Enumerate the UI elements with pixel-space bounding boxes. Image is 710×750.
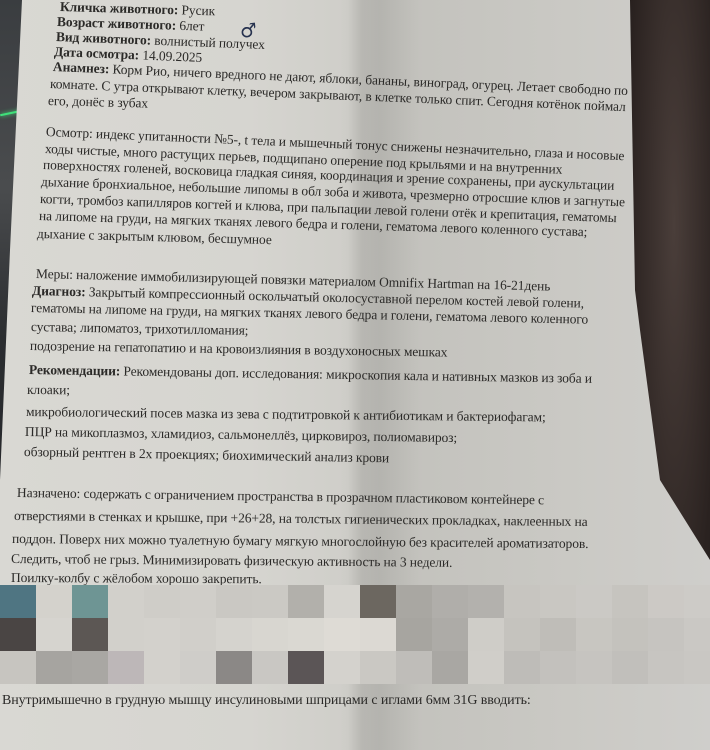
redaction-pixel xyxy=(324,585,360,618)
redaction-pixel xyxy=(252,585,288,618)
redaction-pixel xyxy=(468,651,504,684)
redaction-pixel xyxy=(216,585,252,618)
redaction-pixel xyxy=(288,651,324,684)
redaction-pixel xyxy=(72,651,108,684)
redaction-pixel xyxy=(540,585,576,618)
redaction-pixel xyxy=(360,651,396,684)
redaction-pixel xyxy=(144,585,180,618)
recommendations-line-3: микробиологический посев мазка из зева с… xyxy=(26,404,546,424)
anamnesis-line-3: его, донёс в зубах xyxy=(48,93,148,111)
prescribed-line-5: Поилку-колбу с жёлобом хорошо закрепить. xyxy=(11,570,262,586)
redaction-pixel xyxy=(180,585,216,618)
redaction-pixel xyxy=(648,585,684,618)
redaction-pixel xyxy=(108,585,144,618)
redaction-pixel xyxy=(432,651,468,684)
redaction-pixel xyxy=(252,651,288,684)
redaction-pixel xyxy=(396,618,432,651)
redaction-pixel xyxy=(540,651,576,684)
diagnosis-line-4: подозрение на гепатопатию и на кровоизли… xyxy=(30,338,448,360)
redaction-pixel xyxy=(432,618,468,651)
redaction-pixel xyxy=(396,651,432,684)
prescribed-line-4: Следить, чтоб не грыз. Минимизировать фи… xyxy=(11,551,452,570)
redaction-pixel xyxy=(684,618,710,651)
recommendations-line-4: ПЦР на микоплазмоз, хламидиоз, сальмонел… xyxy=(25,424,457,445)
redaction-pixel xyxy=(72,618,108,651)
redaction-pixel xyxy=(576,618,612,651)
redaction-pixel xyxy=(612,585,648,618)
redaction-pixel xyxy=(612,618,648,651)
redaction-pixel xyxy=(684,585,710,618)
redaction-pixel xyxy=(396,585,432,618)
redaction-pixel xyxy=(72,585,108,618)
pet-age-value: 6лет xyxy=(179,18,204,34)
redaction-pixel xyxy=(648,618,684,651)
recommendations-label: Рекомендации: xyxy=(29,362,120,378)
redaction-pixel xyxy=(144,651,180,684)
redaction-pixel xyxy=(612,651,648,684)
prescribed-line-3: поддон. Поверх них можно туалетную бумаг… xyxy=(12,531,589,551)
pixelated-redaction xyxy=(0,585,710,695)
recommendations-line-2: клоаки; xyxy=(27,382,70,397)
redaction-pixel xyxy=(324,651,360,684)
redaction-pixel xyxy=(576,651,612,684)
redaction-pixel xyxy=(504,585,540,618)
redaction-pixel xyxy=(468,585,504,618)
exam-line-7: дыхание с закрытым клювом, бесшумное xyxy=(37,226,272,247)
redaction-pixel xyxy=(180,651,216,684)
recommendations-line-1: Рекомендации: Рекомендованы доп. исследо… xyxy=(29,362,592,386)
redaction-pixel xyxy=(468,618,504,651)
redaction-pixel xyxy=(0,585,36,618)
recommendations-line-5: обзорный рентген в 2х проекциях; биохими… xyxy=(24,444,389,465)
diagnosis-label: Диагноз: xyxy=(32,283,86,299)
diagnosis-line-3: сустава; липоматоз, трихотилломания; xyxy=(31,319,249,338)
redaction-pixel xyxy=(288,585,324,618)
redaction-pixel xyxy=(432,585,468,618)
redaction-pixel xyxy=(684,651,710,684)
anamnesis-label: Анамнез: xyxy=(53,59,110,76)
redaction-pixel xyxy=(576,585,612,618)
recommendations-text-1: Рекомендованы доп. исследования: микроск… xyxy=(123,363,592,385)
redaction-pixel xyxy=(504,651,540,684)
redaction-pixel xyxy=(36,618,72,651)
redaction-pixel xyxy=(288,618,324,651)
redaction-pixel xyxy=(360,585,396,618)
redaction-pixel xyxy=(108,618,144,651)
prescribed-line-2: отверстиями в стенках и крышке, при +26+… xyxy=(14,508,588,529)
redaction-pixel xyxy=(252,618,288,651)
medical-record-paper: Кличка животного: Русик Возраст животног… xyxy=(0,0,710,750)
prescribed-line-1: Назначено: содержать с ограничением прос… xyxy=(17,485,544,507)
redaction-pixel xyxy=(360,618,396,651)
injection-instruction: Внутримышечно в грудную мышцу инсулиновы… xyxy=(2,693,531,708)
redaction-pixel xyxy=(504,618,540,651)
pet-name-value: Русик xyxy=(181,2,215,18)
redaction-pixel xyxy=(144,618,180,651)
redaction-pixel xyxy=(108,651,144,684)
redaction-pixel xyxy=(0,651,36,684)
redaction-pixel xyxy=(648,651,684,684)
redaction-pixel xyxy=(216,618,252,651)
redaction-pixel xyxy=(180,618,216,651)
redaction-pixel xyxy=(36,651,72,684)
redaction-pixel xyxy=(324,618,360,651)
redaction-pixel xyxy=(36,585,72,618)
redaction-pixel xyxy=(540,618,576,651)
redaction-pixel xyxy=(0,618,36,651)
redaction-pixel xyxy=(216,651,252,684)
